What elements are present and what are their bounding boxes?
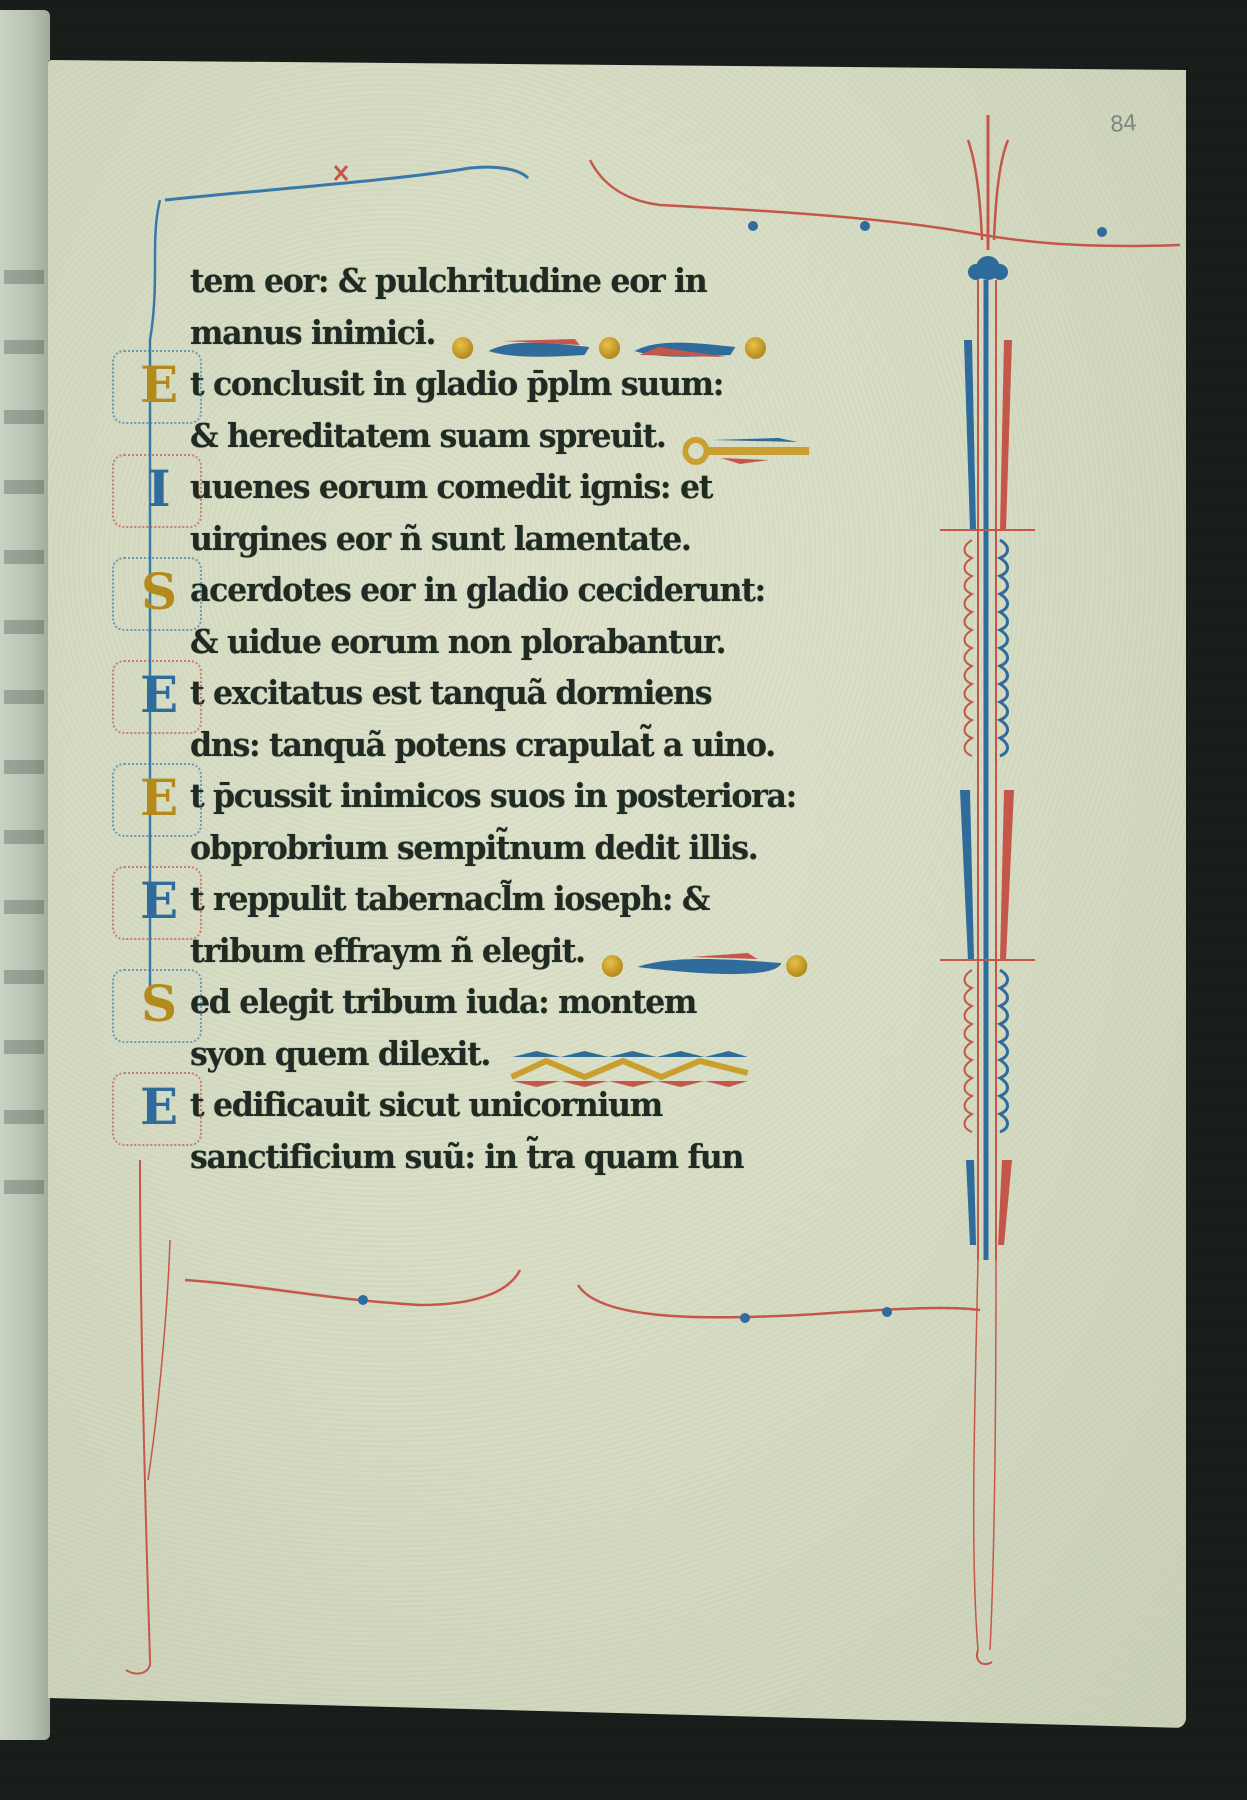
text-line: & uidue eorum non plorabantur. xyxy=(190,616,862,668)
versal-initial-e: E xyxy=(130,1080,188,1134)
text-line: tribum effraym ñ elegit. xyxy=(190,925,862,977)
text-line: sanctificium suũ: in t̃ra quam fun xyxy=(190,1131,862,1183)
versal-initial-s: S xyxy=(130,565,188,619)
text-line: uirgines eor ñ sunt lamentate. xyxy=(190,513,862,565)
bleed-through-text xyxy=(4,900,44,914)
versal-initial-i: I xyxy=(130,462,188,516)
versal-initial-e: E xyxy=(130,874,188,928)
psalm-text-block: tem eor: & pulchritudine eor in manus in… xyxy=(190,255,890,1182)
versal-initial-e: E xyxy=(130,668,188,722)
bleed-through-text xyxy=(4,480,44,494)
text-line: t edificauit sicut unicornium xyxy=(190,1079,862,1131)
text-line: t p̄cussit inimicos suos in posteriora: xyxy=(190,770,862,822)
bleed-through-text xyxy=(4,760,44,774)
line-filler-gold-scroll xyxy=(602,938,808,968)
versal-initial-e: E xyxy=(130,771,188,825)
text-line: dns: tanquã potens crapulat̃ a uino. xyxy=(190,719,862,771)
bleed-through-text xyxy=(4,970,44,984)
text-line: manus inimici. xyxy=(190,307,862,359)
text-line: tem eor: & pulchritudine eor in xyxy=(190,255,862,307)
versal-initial-e: E xyxy=(130,358,188,412)
bleed-through-text xyxy=(4,340,44,354)
bleed-through-text xyxy=(4,270,44,284)
line-filler-gold-key xyxy=(683,423,817,453)
bleed-through-text xyxy=(4,1110,44,1124)
bleed-through-text xyxy=(4,830,44,844)
bleed-through-text xyxy=(4,690,44,704)
line-filler-gold-zigzag xyxy=(507,1041,757,1071)
text-line: uuenes eorum comedit ignis: et xyxy=(190,461,862,513)
folio-number: 84 xyxy=(1109,111,1137,138)
text-line: syon quem dilexit. xyxy=(190,1028,862,1080)
text-line: & hereditatem suam spreuit. xyxy=(190,410,862,462)
text-line: ed elegit tribum iuda: montem xyxy=(190,976,862,1028)
text-line: t excitatus est tanquã dormiens xyxy=(190,667,862,719)
bleed-through-text xyxy=(4,1040,44,1054)
previous-leaf-edge xyxy=(0,10,50,1740)
text-line: t reppulit tabernacl̃m ioseph: & xyxy=(190,873,862,925)
bleed-through-text xyxy=(4,550,44,564)
line-filler-gold-scroll xyxy=(453,320,766,350)
text-line: obprobrium sempit̃num dedit illis. xyxy=(190,822,862,874)
text-line: acerdotes eor in gladio ceciderunt: xyxy=(190,564,862,616)
bleed-through-text xyxy=(4,620,44,634)
bleed-through-text xyxy=(4,410,44,424)
bleed-through-text xyxy=(4,1180,44,1194)
text-line: t conclusit in gladio p̄plm suum: xyxy=(190,358,862,410)
versal-initial-s: S xyxy=(130,977,188,1031)
